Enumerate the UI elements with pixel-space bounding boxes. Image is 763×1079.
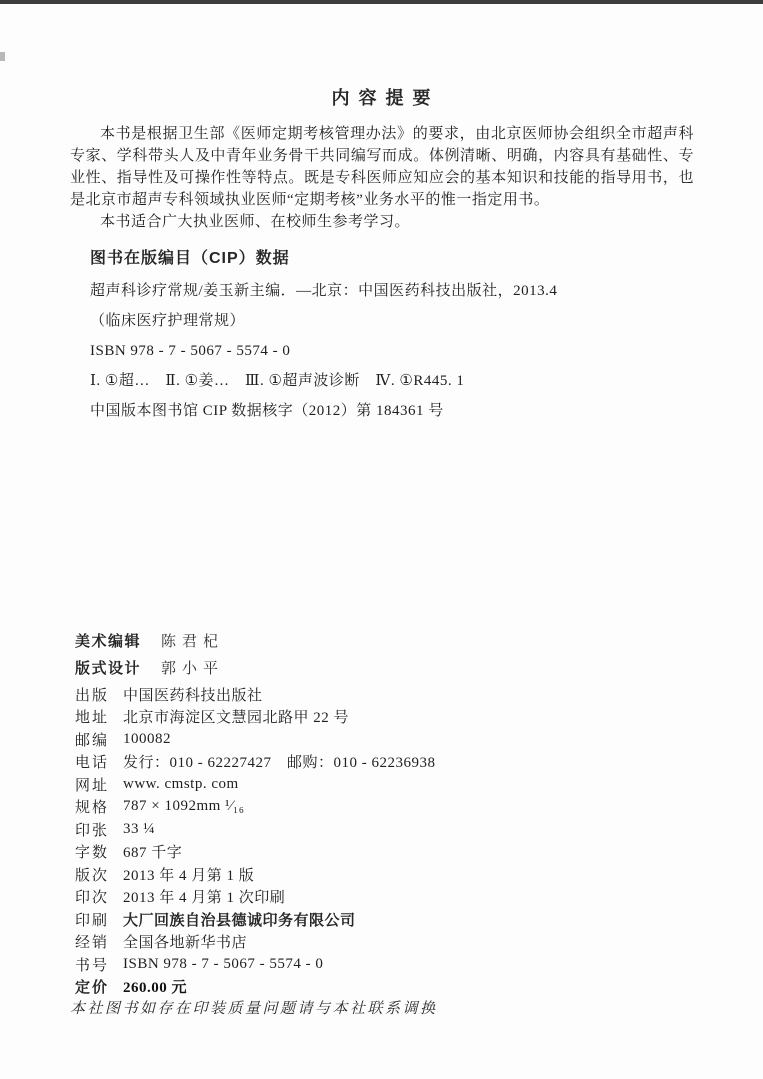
colophon-label: 电话 (75, 751, 123, 772)
staff-section: 美术编辑 陈君杞 版式设计 郭小平 (75, 627, 575, 681)
cip-record-line: 中国版本图书馆 CIP 数据核字（2012）第 184361 号 (90, 401, 670, 421)
colophon-label: 书号 (75, 954, 123, 975)
colophon-row-price: 定价 260.00 元 (75, 976, 675, 999)
quality-notice: 本社图书如存在印装质量问题请与本社联系调换 (70, 997, 590, 1018)
colophon-row-edition: 版次 2013 年 4 月第 1 版 (75, 863, 675, 886)
cip-isbn-line: ISBN 978 - 7 - 5067 - 5574 - 0 (90, 341, 670, 361)
colophon-value: 687 千字 (123, 841, 182, 862)
cip-classification-line: Ⅰ. ①超… Ⅱ. ①姜… Ⅲ. ①超声波诊断 Ⅳ. ①R445. 1 (90, 371, 670, 391)
colophon-value: 787 × 1092mm ¹⁄₁₆ (123, 798, 245, 815)
colophon-row-address: 地址 北京市海淀区文慧园北路甲 22 号 (75, 706, 675, 729)
scan-edge-top (0, 0, 763, 4)
colophon-label: 字数 (75, 841, 123, 862)
staff-row-layout-designer: 版式设计 郭小平 (75, 654, 575, 681)
cip-heading: 图书在版编目（CIP）数据 (90, 245, 670, 268)
colophon-label: 印刷 (75, 909, 123, 930)
colophon-value: 2013 年 4 月第 1 次印刷 (123, 886, 285, 907)
colophon-value: 260.00 元 (123, 976, 187, 997)
cip-title-line: 超声科诊疗常规/姜玉新主编．—北京：中国医药科技出版社，2013.4 (90, 281, 670, 301)
colophon-row-distributor: 经销 全国各地新华书店 (75, 931, 675, 954)
colophon-label: 印张 (75, 819, 123, 840)
colophon-label: 印次 (75, 886, 123, 907)
colophon-row-phone: 电话 发行：010 - 62227427 邮购：010 - 62236938 (75, 751, 675, 774)
colophon-value: 2013 年 4 月第 1 版 (123, 864, 254, 885)
copyright-page: 内容提要 本书是根据卫生部《医师定期考核管理办法》的要求，由北京医师协会组织全市… (0, 0, 763, 1079)
staff-label: 版式设计 (75, 657, 161, 678)
colophon-row-isbn: 书号 ISBN 978 - 7 - 5067 - 5574 - 0 (75, 953, 675, 976)
colophon-label: 邮编 (75, 729, 123, 750)
staff-value: 陈君杞 (161, 630, 224, 651)
colophon-label: 规格 (75, 796, 123, 817)
colophon-label: 定价 (75, 976, 123, 997)
colophon-value: 大厂回族自治县德诚印务有限公司 (123, 909, 356, 930)
colophon-value: 北京市海淀区文慧园北路甲 22 号 (123, 706, 349, 727)
colophon-value: 发行：010 - 62227427 邮购：010 - 62236938 (123, 751, 436, 772)
colophon-value: www. cmstp. com (123, 776, 239, 793)
colophon-row-wordcount: 字数 687 千字 (75, 841, 675, 864)
summary-title: 内容提要 (70, 84, 692, 110)
colophon-row-publisher: 出版 中国医药科技出版社 (75, 683, 675, 706)
staff-value: 郭小平 (161, 657, 224, 678)
colophon-label: 网址 (75, 774, 123, 795)
summary-paragraph-2: 本书适合广大执业医师、在校师生参考学习。 (70, 211, 694, 233)
colophon-value: 33 ¼ (123, 821, 155, 838)
colophon-value: 中国医药科技出版社 (123, 684, 263, 705)
summary-paragraph-1: 本书是根据卫生部《医师定期考核管理办法》的要求，由北京医师协会组织全市超声科专家… (70, 123, 694, 211)
colophon-row-printer: 印刷 大厂回族自治县德诚印务有限公司 (75, 908, 675, 931)
staff-label: 美术编辑 (75, 630, 161, 651)
summary-section: 本书是根据卫生部《医师定期考核管理办法》的要求，由北京医师协会组织全市超声科专家… (70, 123, 694, 233)
staff-row-art-editor: 美术编辑 陈君杞 (75, 627, 575, 654)
scan-artifact-left (0, 52, 5, 61)
colophon-row-website: 网址 www. cmstp. com (75, 773, 675, 796)
colophon-row-format: 规格 787 × 1092mm ¹⁄₁₆ (75, 796, 675, 819)
colophon-section: 出版 中国医药科技出版社 地址 北京市海淀区文慧园北路甲 22 号 邮编 100… (75, 683, 675, 998)
colophon-row-sheets: 印张 33 ¼ (75, 818, 675, 841)
colophon-value: 全国各地新华书店 (123, 931, 247, 952)
colophon-value: ISBN 978 - 7 - 5067 - 5574 - 0 (123, 956, 323, 973)
colophon-row-postcode: 邮编 100082 (75, 728, 675, 751)
colophon-label: 经销 (75, 931, 123, 952)
colophon-row-impression: 印次 2013 年 4 月第 1 次印刷 (75, 886, 675, 909)
colophon-label: 版次 (75, 864, 123, 885)
cip-section: 图书在版编目（CIP）数据 超声科诊疗常规/姜玉新主编．—北京：中国医药科技出版… (90, 245, 670, 431)
cip-series-line: （临床医疗护理常规） (90, 311, 670, 331)
colophon-value: 100082 (123, 731, 171, 748)
colophon-label: 出版 (75, 684, 123, 705)
colophon-label: 地址 (75, 706, 123, 727)
